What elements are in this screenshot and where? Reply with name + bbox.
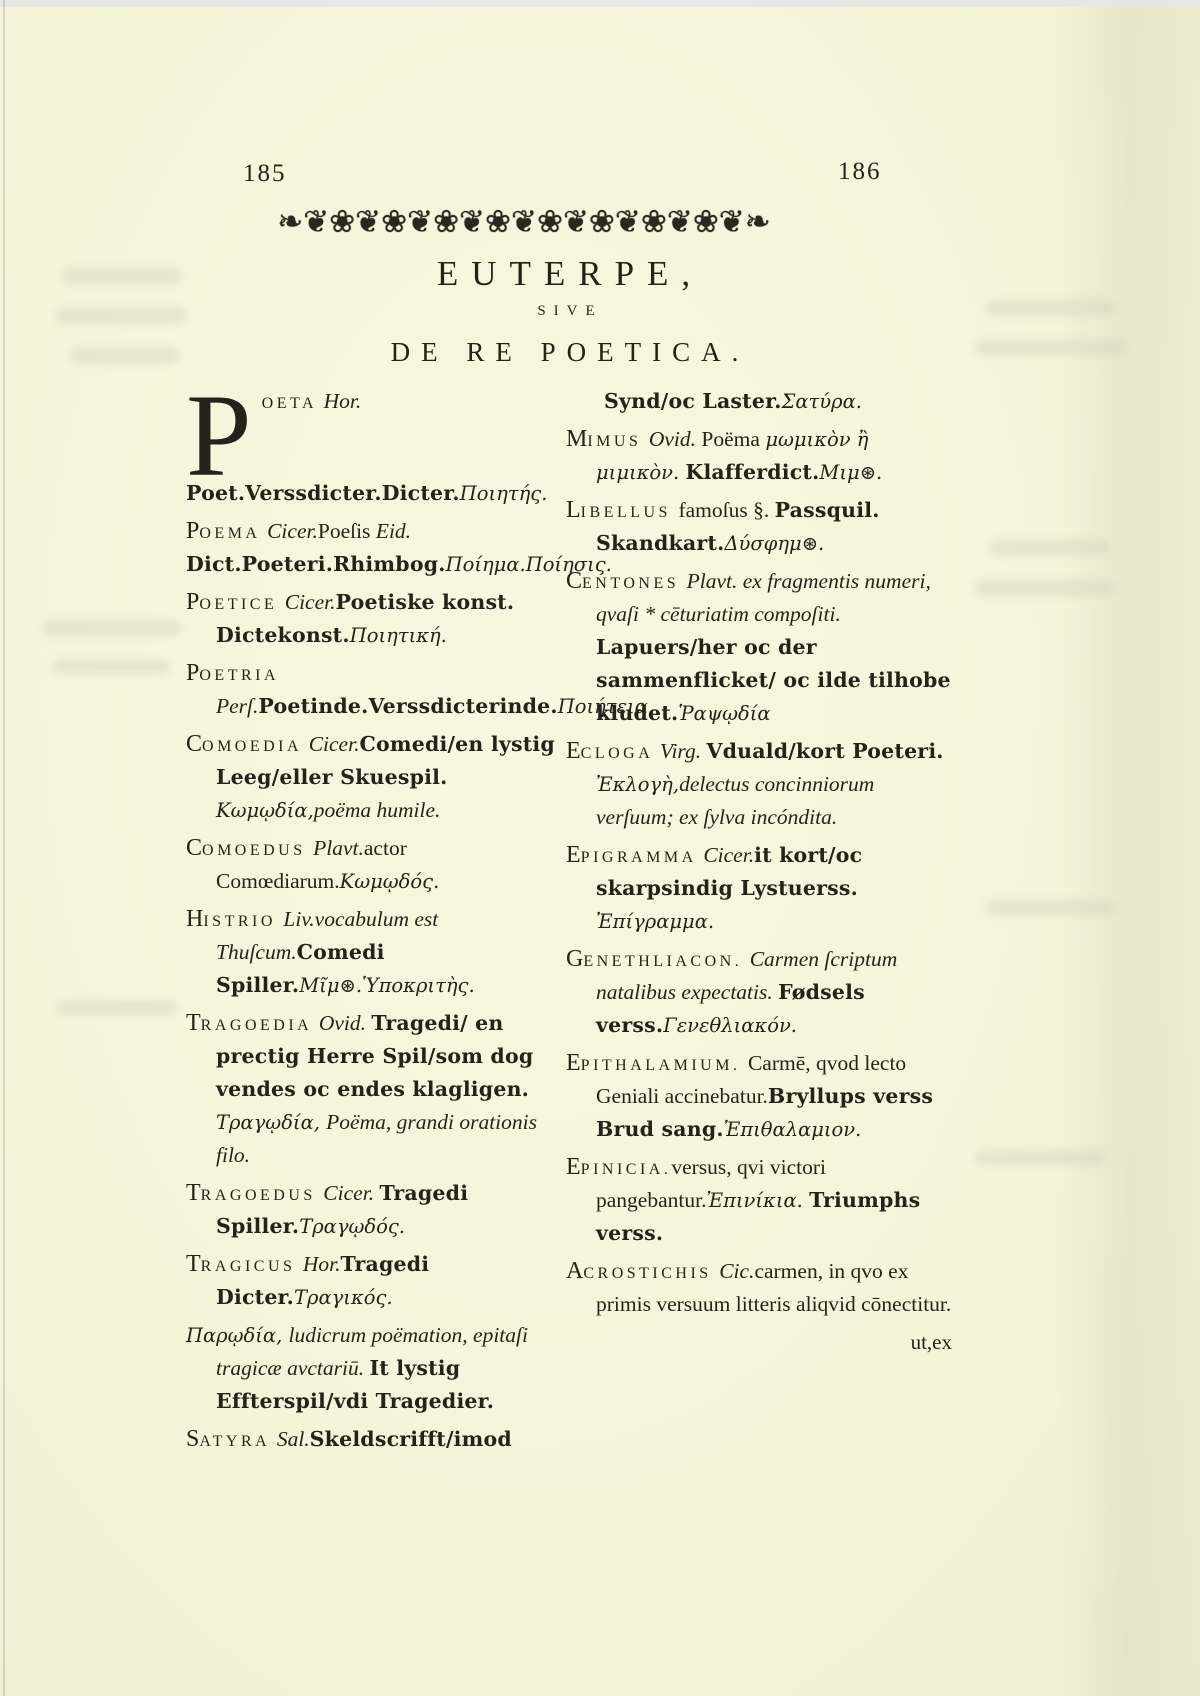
dictionary-entry: Histrio Liv.vocabulum est Thuſcum.Comedi… (186, 904, 562, 1003)
headword: Histrio (186, 913, 283, 930)
headword: Epinicia. (566, 1161, 671, 1178)
headword: Poema (186, 525, 267, 542)
latin-italic-text: Sal. (277, 1427, 310, 1451)
greek-text: Σατύρα. (782, 390, 862, 413)
headword: Tragicus (186, 1258, 303, 1275)
danish-blackletter-text: Poetinde.Verssdicterinde. (258, 694, 557, 718)
headword: Poetice (186, 596, 285, 613)
headword: OETA (262, 395, 324, 412)
greek-text: Ἐπίγραμμα. (596, 910, 714, 933)
scan-edge-top (0, 0, 1200, 7)
headword: Tragoedus (186, 1187, 323, 1204)
show-through-mark (975, 340, 1125, 355)
show-through-mark (62, 268, 182, 284)
greek-text: Παρῳδία, (186, 1324, 289, 1347)
latin-italic-text: Ovid. (319, 1011, 372, 1035)
headword: Mimus (566, 433, 649, 450)
danish-blackletter-text: Klafferdict. (685, 460, 819, 484)
dictionary-entry: Synd/oc Laster.Σατύρα. (566, 386, 956, 419)
latin-italic-text: Cicer. (285, 590, 336, 614)
page-number-left: 185 (243, 160, 287, 188)
show-through-mark (985, 300, 1115, 316)
latin-italic-text: Eid. (376, 519, 411, 543)
catchword: ut,ex (566, 1330, 956, 1355)
show-through-mark (55, 308, 187, 323)
headword: Poetria (186, 667, 278, 684)
latin-italic-text: Cicer. (323, 1181, 379, 1205)
dictionary-entry: Poema Cicer.Poeſis Eid. Dict.Poeteri.Rhi… (186, 516, 562, 582)
greek-text: Ἐπινίκια. (706, 1189, 809, 1212)
greek-text: Γενεθλιακόν. (663, 1014, 797, 1037)
greek-text: Μῖμ⊛.Ὑποκριτὴς. (299, 974, 474, 997)
dictionary-entry: Genethliacon. Carmen ſcriptum natalibus … (566, 944, 956, 1043)
page-number-right: 186 (838, 158, 882, 186)
greek-text: Ποιητική. (350, 624, 447, 647)
section-title: DE RE POETICA. (186, 337, 954, 368)
danish-blackletter-text: Synd/oc Laster. (604, 389, 782, 413)
dictionary-entry: Tragoedus Cicer. Tragedi Spiller.Τραγῳδό… (186, 1178, 562, 1244)
headword: Libellus (566, 504, 678, 521)
headword: Tragoedia (186, 1017, 319, 1034)
greek-text: Κωμῳδός. (340, 870, 440, 893)
latin-roman-text: famoſus §. (678, 498, 774, 522)
greek-text: Ῥαψῳδία (678, 702, 770, 725)
latin-italic-text: Cicer. (309, 732, 360, 756)
latin-italic-text: Plavt. (313, 836, 364, 860)
greek-text: Τραγῳδία, (216, 1111, 326, 1134)
dictionary-entry: Poetice Cicer.Poetiske konst. Dictekonst… (186, 587, 562, 653)
greek-text: Ἐπιθαλαμιον. (724, 1118, 862, 1141)
latin-italic-text: Cicer. (267, 519, 318, 543)
greek-text: Ἐκλογὴ, (596, 773, 679, 796)
scan-edge-left (3, 0, 5, 1696)
floral-ornament-band: ❧❦❀❦❀❦❀❦❀❦❀❦❀❦❀❦❀❦❧ (222, 198, 826, 250)
show-through-mark (975, 580, 1115, 596)
danish-blackletter-text: Skeldscrifft/imod (310, 1427, 512, 1451)
danish-blackletter-text: Dict.Poeteri.Rhimbog. (186, 552, 446, 576)
danish-blackletter-text: Lapuers/her oc der sammenflicket/ oc ild… (596, 635, 951, 725)
dictionary-entry: Centones Plavt. ex fragmentis numeri, qv… (566, 566, 956, 731)
show-through-mark (975, 1150, 1105, 1165)
headword: Acrostichis (566, 1265, 719, 1282)
greek-text: Μιμ⊛. (819, 461, 882, 484)
dictionary-entry: Epinicia.versus, qvi victori pangebantur… (566, 1152, 956, 1251)
book-page-scan: 185 186 ❧❦❀❦❀❦❀❦❀❦❀❦❀❦❀❦❀❦❧ EUTERPE, SIV… (0, 0, 1200, 1696)
left-column: POETA Hor. Poet.Verssdicter.Dicter.Ποιητ… (186, 386, 562, 1462)
danish-blackletter-text: Vduald/kort Poeteri. (707, 739, 944, 763)
latin-italic-text: Hor. (324, 389, 362, 413)
greek-text: Τραγῳδός. (299, 1215, 405, 1238)
show-through-mark (70, 348, 180, 363)
headword: Genethliacon. (566, 953, 750, 970)
latin-roman-text: Poëma (701, 427, 765, 451)
dictionary-entry: Tragoedia Ovid. Tragedi/ en prectig Herr… (186, 1008, 562, 1173)
headword: Epigramma (566, 849, 703, 866)
greek-text: Δύσφημ⊛. (724, 532, 824, 555)
greek-text: Τραγικός. (294, 1286, 393, 1309)
headword: Centones (566, 575, 687, 592)
title-block: EUTERPE, SIVE DE RE POETICA. (186, 254, 954, 368)
dictionary-entry: Mimus Ovid. Poëma μωμικὸν ἢ μιμικὸν. Kla… (566, 424, 956, 490)
dictionary-entry: Satyra Sal.Skeldscrifft/imod (186, 1424, 562, 1457)
right-column: Synd/oc Laster.Σατύρα.Mimus Ovid. Poëma … (566, 386, 956, 1376)
latin-italic-text: Perſ. (216, 694, 258, 718)
latin-italic-text: Virg. (660, 739, 707, 763)
headword: Ecloga (566, 745, 660, 762)
dictionary-entry: Poetria Perſ.Poetinde.Verssdicterinde.Πο… (186, 658, 562, 724)
dictionary-entry: Libellus famoſus §. Passquil. Skandkart.… (566, 495, 956, 561)
greek-text: Ποιητής. (460, 482, 548, 505)
dictionary-entry: POETA Hor. Poet.Verssdicter.Dicter.Ποιητ… (186, 386, 562, 511)
headword: Satyra (186, 1433, 277, 1450)
headword: Comoedia (186, 738, 309, 755)
show-through-mark (52, 660, 170, 674)
latin-italic-text: Hor. (303, 1252, 341, 1276)
dictionary-entry: Epithalamium. Carmē, qvod lecto Geniali … (566, 1048, 956, 1147)
show-through-mark (42, 620, 182, 636)
danish-blackletter-text: Poet.Verssdicter.Dicter. (186, 481, 460, 505)
latin-roman-text: Poeſis (318, 519, 376, 543)
greek-text: Κωμῳδία, (216, 799, 314, 822)
chapter-title: EUTERPE, (186, 254, 954, 294)
latin-italic-text: Cic. (719, 1259, 754, 1283)
latin-italic-text: Ovid. (649, 427, 702, 451)
drop-cap-initial: P (186, 386, 262, 478)
dictionary-entry: Acrostichis Cic.carmen, in qvo ex primis… (566, 1256, 956, 1322)
latin-italic-text: Cicer. (703, 843, 754, 867)
show-through-mark (985, 900, 1115, 915)
latin-italic-text: poëma humile. (314, 798, 441, 822)
dictionary-entry: Ecloga Virg. Vduald/kort Poeteri. Ἐκλογὴ… (566, 736, 956, 835)
dictionary-entry: Comoedia Cicer.Comedi/en lystig Leeg/ell… (186, 729, 562, 828)
chapter-subtitle: SIVE (186, 303, 954, 320)
show-through-mark (58, 1000, 178, 1015)
headword: Epithalamium. (566, 1057, 748, 1074)
show-through-mark (990, 540, 1110, 555)
dictionary-entry: Παρῳδία, ludicrum poëmation, epitaſi tra… (186, 1320, 562, 1419)
dictionary-entry: Epigramma Cicer.it kort/oc skarpsindig L… (566, 840, 956, 939)
dictionary-entry: Comoedus Plavt.actor Comœdiarum.Κωμῳδός. (186, 833, 562, 899)
headword: Comoedus (186, 842, 313, 859)
dictionary-entry: Tragicus Hor.Tragedi Dicter.Τραγικός. (186, 1249, 562, 1315)
